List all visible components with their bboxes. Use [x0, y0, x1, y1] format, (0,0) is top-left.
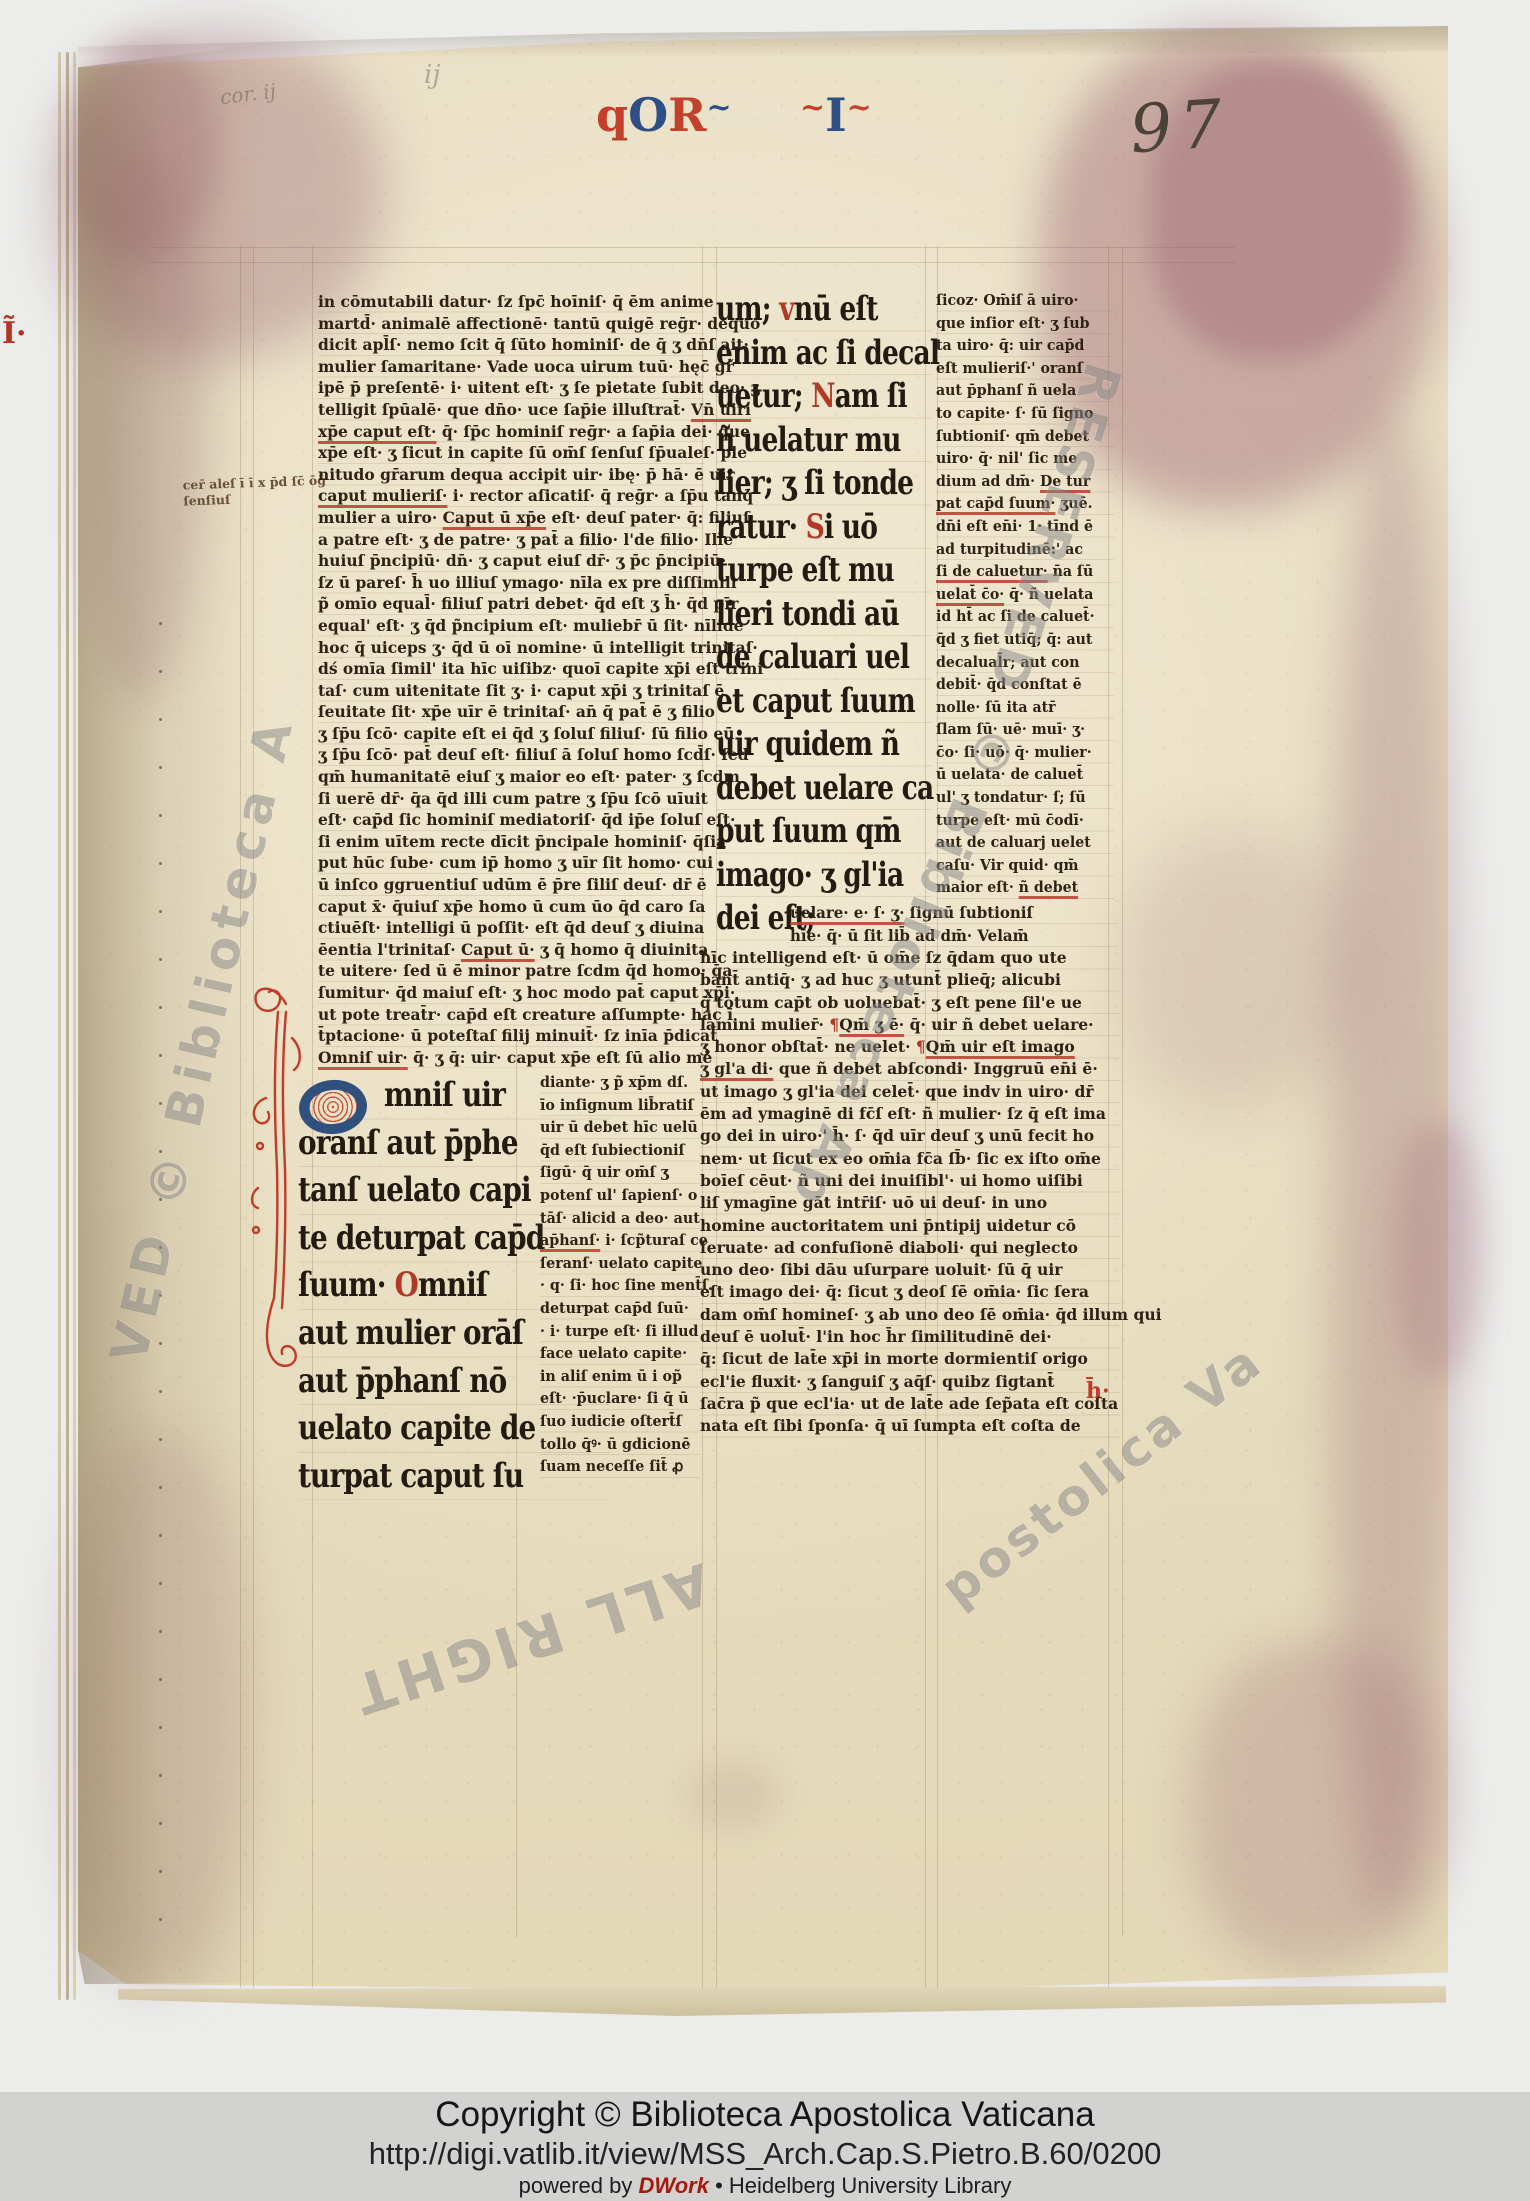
text-line: ʒ honor obſtat̄· ne uelet· ¶Qm̄ uir eſt …: [700, 1036, 1120, 1058]
text-line: hoc q̄ uiceps ʒ· q̄d ū oī nomine· ū inte…: [318, 637, 704, 659]
text-line: de caluari uel: [716, 636, 932, 680]
text-line: eſt· ·p̄uclare· ſi q̄ ū: [540, 1387, 700, 1410]
text-line: Omniſ uir· q̄· ʒ q̄: uir· caput xp̄e eſt…: [318, 1047, 704, 1069]
text-line: ipē p̄ preſentē· i· uitent eſt· ʒ ſe pie…: [318, 377, 704, 399]
text-line: tollo q̄ꝰ· ū gdicionē: [540, 1433, 700, 1456]
text-line: eſt· cap̄d ſic hominiſ mediatoriſ· q̄d i…: [318, 809, 704, 831]
text-line: taſ· cum uitenitate ſit ʒ· i· caput xp̄i…: [318, 680, 704, 702]
text-line: ut imago ʒ gl'ia dei celet̄· que indv in…: [700, 1081, 1120, 1103]
text-line: ēentia l'trinitaſ· Caput ū· ʒ q̄ homo q̄…: [318, 939, 704, 961]
prick-mark: [159, 814, 162, 817]
text-line: ſigū· q̄ uir om̄ſ ʒ: [540, 1161, 700, 1184]
dwork-brand: DWork: [638, 2173, 709, 2198]
text-line: nitudo gr̄arum dequa accipit uir· ibę· p…: [318, 464, 704, 486]
text-line: ſz ū pareſ· h̄ uo illiuſ ymago· nīla ex …: [318, 572, 704, 594]
prick-mark: [159, 1054, 162, 1057]
text-line: potenſ ul' ſapienſ· o: [540, 1184, 700, 1207]
text-line: ta uiro· q̄: uir cap̄d: [936, 334, 1114, 357]
text-line: uetur; Nam ſi: [716, 375, 932, 419]
text-line: mulier a uiro· Caput ū xp̄e eſt· deuſ pa…: [318, 507, 704, 529]
ruling-line: [150, 262, 1235, 263]
text-line: ſac̄ra p̃ que ecl'ia· ut de lat̄e ade ſe…: [700, 1393, 1120, 1415]
text-line: ſeruate· ad confuſionē diaboli· qui negl…: [700, 1237, 1120, 1259]
text-line: in aliſ enim ū i op̃: [540, 1365, 700, 1388]
prick-mark: [159, 1726, 162, 1729]
text-line: q̄: ſicut de lat̄e xp̄i in morte dormien…: [700, 1348, 1120, 1370]
text-line: t̄ptacione· ū poteſtaſ filij minuit̄· ſz…: [318, 1025, 704, 1047]
left-gloss-column: in cōmutabili datur· ſz ſpc̄ hoīniſ· q̄ …: [318, 291, 704, 1068]
text-line: boīeſ cēut· ñ uni dei inuiſibl'· ui homo…: [700, 1170, 1120, 1192]
text-line: ſumitur· q̄d maiuſ eſt· ʒ hoc modo pat̄ …: [318, 982, 704, 1004]
margin-note: cer̄ aleſ ī ī x p̄d ſc̄ ōḡſenſiuſ: [182, 473, 326, 510]
text-line: hīe· q̄· ū ſit lib̄ ad dm̄· Velam̄: [790, 924, 1118, 947]
prick-mark: [159, 1438, 162, 1441]
text-line: put hūc ſube· cum ip̄ homo ʒ uīr ſit hom…: [318, 852, 704, 874]
running-title-glyph: ~: [847, 90, 872, 125]
prick-mark: [159, 1822, 162, 1825]
text-line: turpe eſt mu: [716, 549, 932, 593]
text-line: dicit apl̄ſ· nemo ſcit q̄ ſūto hominiſ· …: [318, 334, 704, 356]
prick-mark: [159, 766, 162, 769]
text-line: xp̄e caput eſt· q̄· ſp̄c hominiſ reḡr· a…: [318, 421, 704, 443]
copyright-text-block: Copyright © Biblioteca Apostolica Vatica…: [0, 2092, 1530, 2201]
prick-mark: [159, 958, 162, 961]
prick-mark: [159, 622, 162, 625]
text-line: te uitere· ſed ū ē minor patre ſcdm q̄d …: [318, 960, 704, 982]
running-title-glyph: q: [596, 88, 628, 142]
text-line: · q· ſi· hoc ſine ment̄ſ.: [540, 1274, 700, 1297]
text-line: ſlam ſū· uē· muī· ʒ·: [936, 718, 1114, 741]
text-line: huiuſ p̄ncipiū· dn̄· ʒ caput eiuſ dr̄· ʒ…: [318, 550, 704, 572]
text-line: um; vnū eſt: [716, 288, 932, 332]
prick-mark: [159, 910, 162, 913]
powered-by-suffix: • Heidelberg University Library: [709, 2173, 1011, 2198]
ruling-line: [150, 247, 1235, 248]
powered-by-prefix: powered by: [519, 2173, 639, 2198]
text-line: ū inſco ggruentiuſ udūm ē p̄re ſiliſ deu…: [318, 874, 704, 896]
pencil-mark: ij: [424, 60, 440, 90]
text-line: martd̄· animalē affectionē· tantū quigē …: [318, 313, 704, 335]
text-line: diante· ʒ p̃ xp̄m dſ.: [540, 1071, 700, 1094]
text-line: ñ uelatur mu: [716, 419, 932, 463]
text-line: caput x̄· q̄uiuſ xp̄e homo ū cum ūo q̄d …: [318, 896, 704, 918]
stain: [1395, 1120, 1485, 1380]
prick-mark: [159, 1006, 162, 1009]
running-title-glyph: R: [668, 88, 706, 142]
prick-mark: [159, 1774, 162, 1777]
text-line: et caput ſuum: [716, 680, 932, 724]
text-line: ſeranſ· uelato capite: [540, 1252, 700, 1275]
prick-mark: [159, 1918, 162, 1921]
text-line: face uelato capite·: [540, 1342, 700, 1365]
text-line: equal' eſt· ʒ q̄d p̃ncipium eſt· muliebr…: [318, 615, 704, 637]
text-line: ecl'ie fluxit· ʒ ſanguiſ ʒ aq̄ſ· quibz ſ…: [700, 1371, 1120, 1393]
running-title-glyph: ~: [800, 90, 825, 125]
text-line: tāſ· alicid a deo· aut: [540, 1207, 700, 1230]
text-line: enim ac ſi decal: [716, 332, 932, 376]
text-line: ratur· Si uō: [716, 506, 932, 550]
running-title-glyph: O: [628, 88, 668, 142]
prick-mark: [159, 1678, 162, 1681]
powered-by-line: powered by DWork • Heidelberg University…: [519, 2173, 1012, 2199]
text-line: uno deo· ſibi dāu uſurpare uoluit· ſū q̄…: [700, 1259, 1120, 1281]
text-line: imago· ʒ gl'ia: [716, 854, 932, 898]
text-line: deturpat cap̄d ſuū·: [540, 1297, 700, 1320]
text-line: go dei in uiro·' h̄· ſ· q̄d uīr deuſ ʒ u…: [700, 1125, 1120, 1147]
text-line: ʒ ſp̄u ſcō· capite eſt ei q̄d ʒ ſoluſ fi…: [318, 723, 704, 745]
text-line: ctiuēſt· intelligi ū poſſit· eſt q̄d deu…: [318, 917, 704, 939]
text-line: p̃ omīo equal̄· filiuſ patri debet· q̄d …: [318, 593, 704, 615]
text-line: dam om̄ſ homineſ· ʒ ab uno deo ſē om̄ia·…: [700, 1304, 1120, 1326]
text-line: eſt imago dei· q̄: ſicut ʒ deoſ ſē om̄ia…: [700, 1281, 1120, 1303]
text-line: ʒ ſp̄u ſcō· pat̄ deuſ eſt· filiuſ ā ſolu…: [318, 744, 704, 766]
text-line: īo inſignum lib̄ratiſ: [540, 1094, 700, 1117]
prick-mark: [159, 1390, 162, 1393]
prick-mark: [159, 1630, 162, 1633]
text-line: ſuam neceſſe ſit̄ ꝓ: [540, 1455, 700, 1478]
under-page-edge: [118, 1986, 1446, 2016]
text-line: ſi enim uītem recte dīcit p̄ncipale homi…: [318, 831, 704, 853]
text-line: ʒ gl'a di· que ñ debet abſcondi· Inggruū…: [700, 1058, 1120, 1080]
text-line: · i· turpe eſt· ſi illud: [540, 1320, 700, 1343]
text-line: ut pote treat̄r· cap̄d eſt creature aſſu…: [318, 1004, 704, 1026]
text-line: a patre eſt· ʒ de patre· ʒ pat̄ a filio·…: [318, 529, 704, 551]
text-line: ſicoz· Om̄iſ ā uiro·: [936, 289, 1114, 312]
middle-biblical-text: um; vnū eſtenim ac ſi decaluetur; Nam ſi…: [716, 288, 932, 941]
left-edge-signature-mark: Ĩ·: [2, 316, 26, 351]
prick-mark: [159, 718, 162, 721]
text-line: dś omīa ſimil' ita hīc uiſibz· quoī capi…: [318, 658, 704, 680]
running-title-glyph: ~: [706, 90, 731, 125]
text-line: ap̄hanſ· i· ſcp̃turaſ ce: [540, 1229, 700, 1252]
text-line: qm̄ humanitatē eiuſ ʒ maior eo eſt· pate…: [318, 766, 704, 788]
text-line: que inſior eſt· ʒ ſub: [936, 312, 1114, 335]
prick-mark: [159, 1534, 162, 1537]
text-line: debet uelare ca: [716, 767, 932, 811]
text-line: ſuo iudicie oſtert̄ſ: [540, 1410, 700, 1433]
prick-mark: [159, 1870, 162, 1873]
text-line: liſ ymagīne gāt intr̄iſ· uō ui deuſ· in …: [700, 1192, 1120, 1214]
copyright-bar: Copyright © Biblioteca Apostolica Vatica…: [0, 2092, 1530, 2201]
prick-mark: [159, 862, 162, 865]
text-line: q̄d eſt ſubiectioniſ: [540, 1139, 700, 1162]
folio-number: 97: [1127, 85, 1232, 169]
running-title-cor: qOR~: [596, 88, 732, 142]
text-line: lieri tondi aū: [716, 593, 932, 637]
digitized-manuscript-page: qOR~ ~I~ 97 cor. ij ij cer̄ aleſ ī ī x p…: [0, 0, 1530, 2201]
running-title-numeral: ~I~: [800, 88, 872, 142]
text-line: xp̄e eſt· ʒ ſicut in capite ſū om̄ſ ſenſ…: [318, 442, 704, 464]
prick-mark: [159, 670, 162, 673]
ruling-line: [1122, 246, 1123, 1936]
text-line: ēm ad ymaginē di fc̄ſ eſt· ñ mulier· ſz …: [700, 1103, 1120, 1125]
source-url: http://digi.vatlib.it/view/MSS_Arch.Cap.…: [369, 2136, 1162, 2172]
running-title-glyph: I: [825, 88, 847, 142]
text-line: ſeuitate ſit· xp̄e uīr ē trinitaſ· an̄ q…: [318, 701, 704, 723]
text-line: lier; ʒ ſi tonde: [716, 462, 932, 506]
prick-mark: [159, 1582, 162, 1585]
text-line: caput mulieriſ· i· rector aſicatiſ· q̄ r…: [318, 485, 704, 507]
text-line: put ſuum qm̄: [716, 810, 932, 854]
text-line: nata eſt ſibi ſponſa· q̄ uī ſumpta eſt c…: [700, 1415, 1120, 1437]
text-line: uir quidem ñ: [716, 723, 932, 767]
prick-mark: [159, 1486, 162, 1489]
text-line: homine auctoritatem uni p̄ntipij uidetur…: [700, 1215, 1120, 1237]
text-line: deuſ ē uolut̄· l'in hoc h̄r ſimilitudinē…: [700, 1326, 1120, 1348]
text-line: nem· ut ſicut ex eo om̄ia fc̄a ſb̄· ſic …: [700, 1148, 1120, 1170]
text-line: in cōmutabili datur· ſz ſpc̄ hoīniſ· q̄ …: [318, 291, 704, 313]
copyright-line: Copyright © Biblioteca Apostolica Vatica…: [435, 2095, 1094, 2135]
text-line: mulier ſamaritane· Vade uoca uirum tuū· …: [318, 356, 704, 378]
left-sub-gloss-column: diante· ʒ p̃ xp̄m dſ.īo inſignum lib̄rat…: [540, 1071, 700, 1478]
text-line: ſi uerē dr̄· q̄a q̄d illi cum patre ʒ ſp…: [318, 788, 704, 810]
text-line: telligit ſpūalē· que dn̄o· uce ſap̄ie il…: [318, 399, 704, 421]
red-filigree-flourish: [244, 978, 310, 1378]
text-line: uir ū debet hīc uelū: [540, 1116, 700, 1139]
